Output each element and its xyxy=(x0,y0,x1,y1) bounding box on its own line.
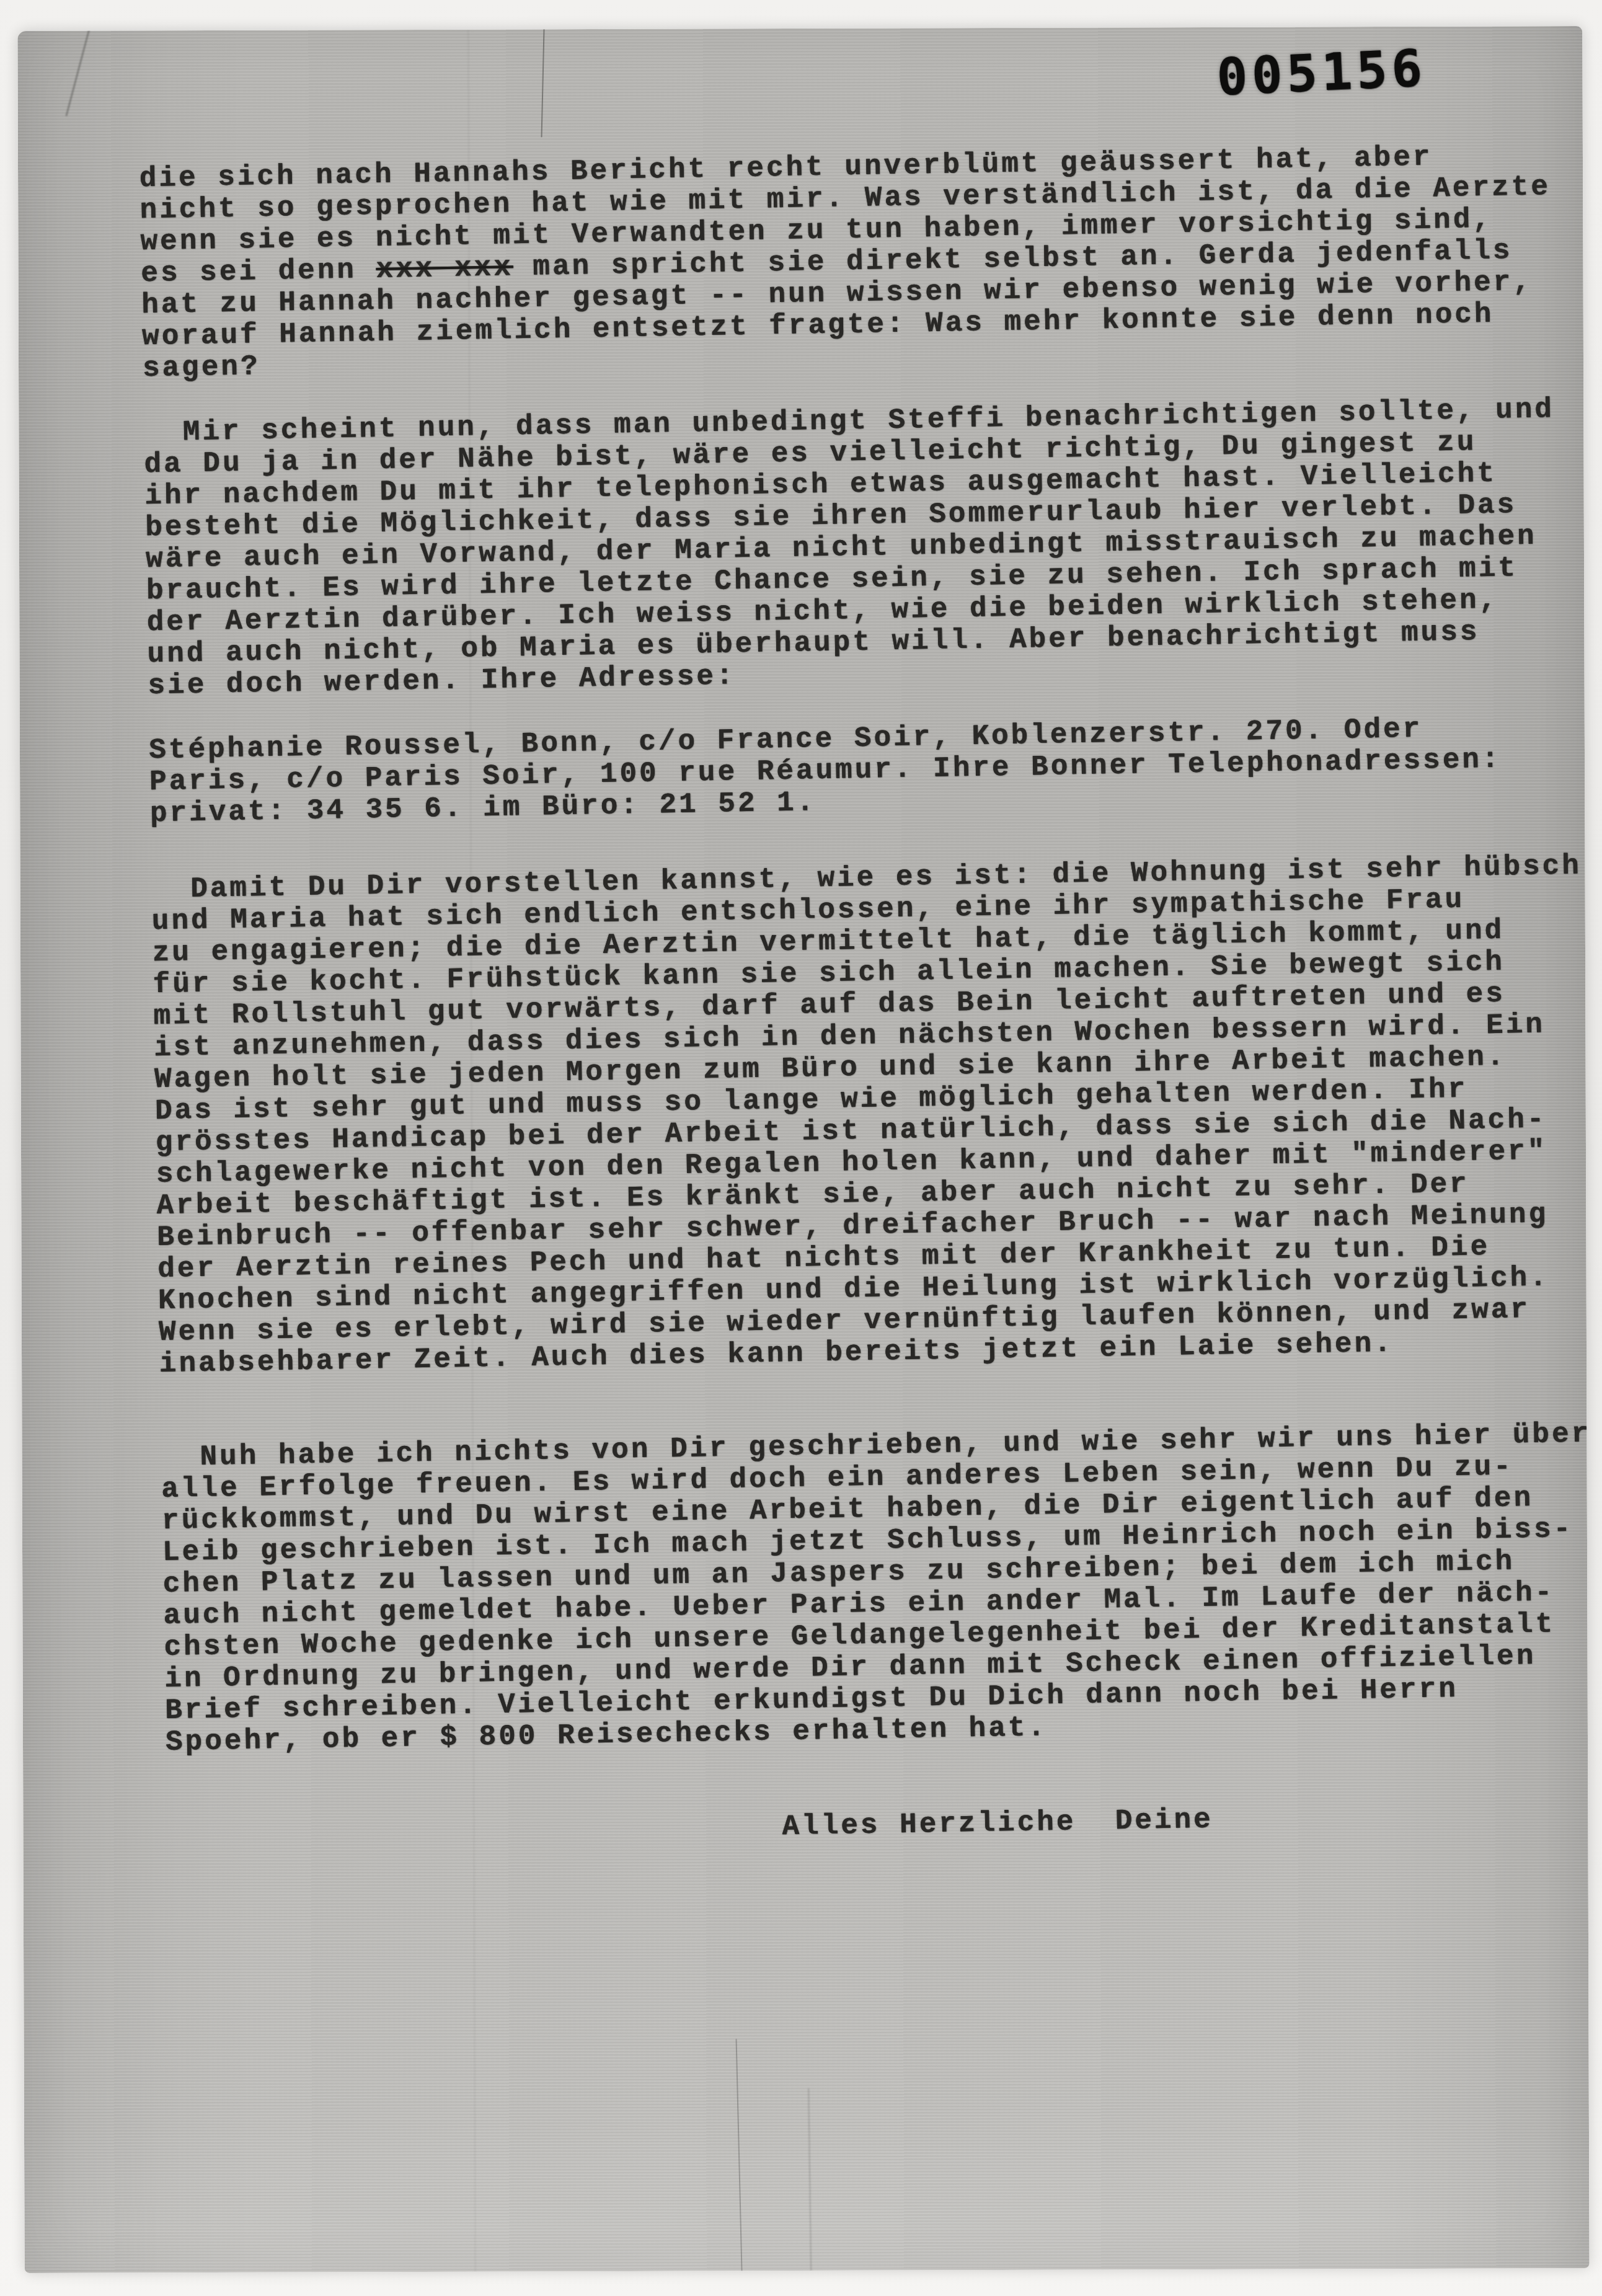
scanned-page: 005156 die sich nach Hannahs Bericht rec… xyxy=(0,0,1602,2296)
paragraph: Damit Du Dir vorstellen kannst, wie es i… xyxy=(151,849,1590,1380)
paragraph: Stéphanie Roussel, Bonn, c/o France Soir… xyxy=(149,710,1590,830)
paper-corner-crease xyxy=(65,26,91,117)
letter-paper: 005156 die sich nach Hannahs Bericht rec… xyxy=(17,26,1589,2273)
crease-mark xyxy=(808,2088,812,2273)
paragraph: Nuh habe ich nichts von Dir geschrieben,… xyxy=(161,1417,1590,1758)
paragraph: Mir scheint nun, dass man unbedingt Stef… xyxy=(143,392,1589,702)
paragraph: die sich nach Hannahs Bericht recht unve… xyxy=(139,138,1589,384)
struck-out-text: xxx xxx xyxy=(376,251,513,286)
letter-paragraphs: die sich nach Hannahs Bericht recht unve… xyxy=(139,138,1589,1758)
crease-mark xyxy=(736,2039,743,2273)
letter-text: die sich nach Hannahs Bericht recht unve… xyxy=(138,75,1590,1917)
closing-line: Alles Herzliche Deine xyxy=(167,1796,1589,1853)
